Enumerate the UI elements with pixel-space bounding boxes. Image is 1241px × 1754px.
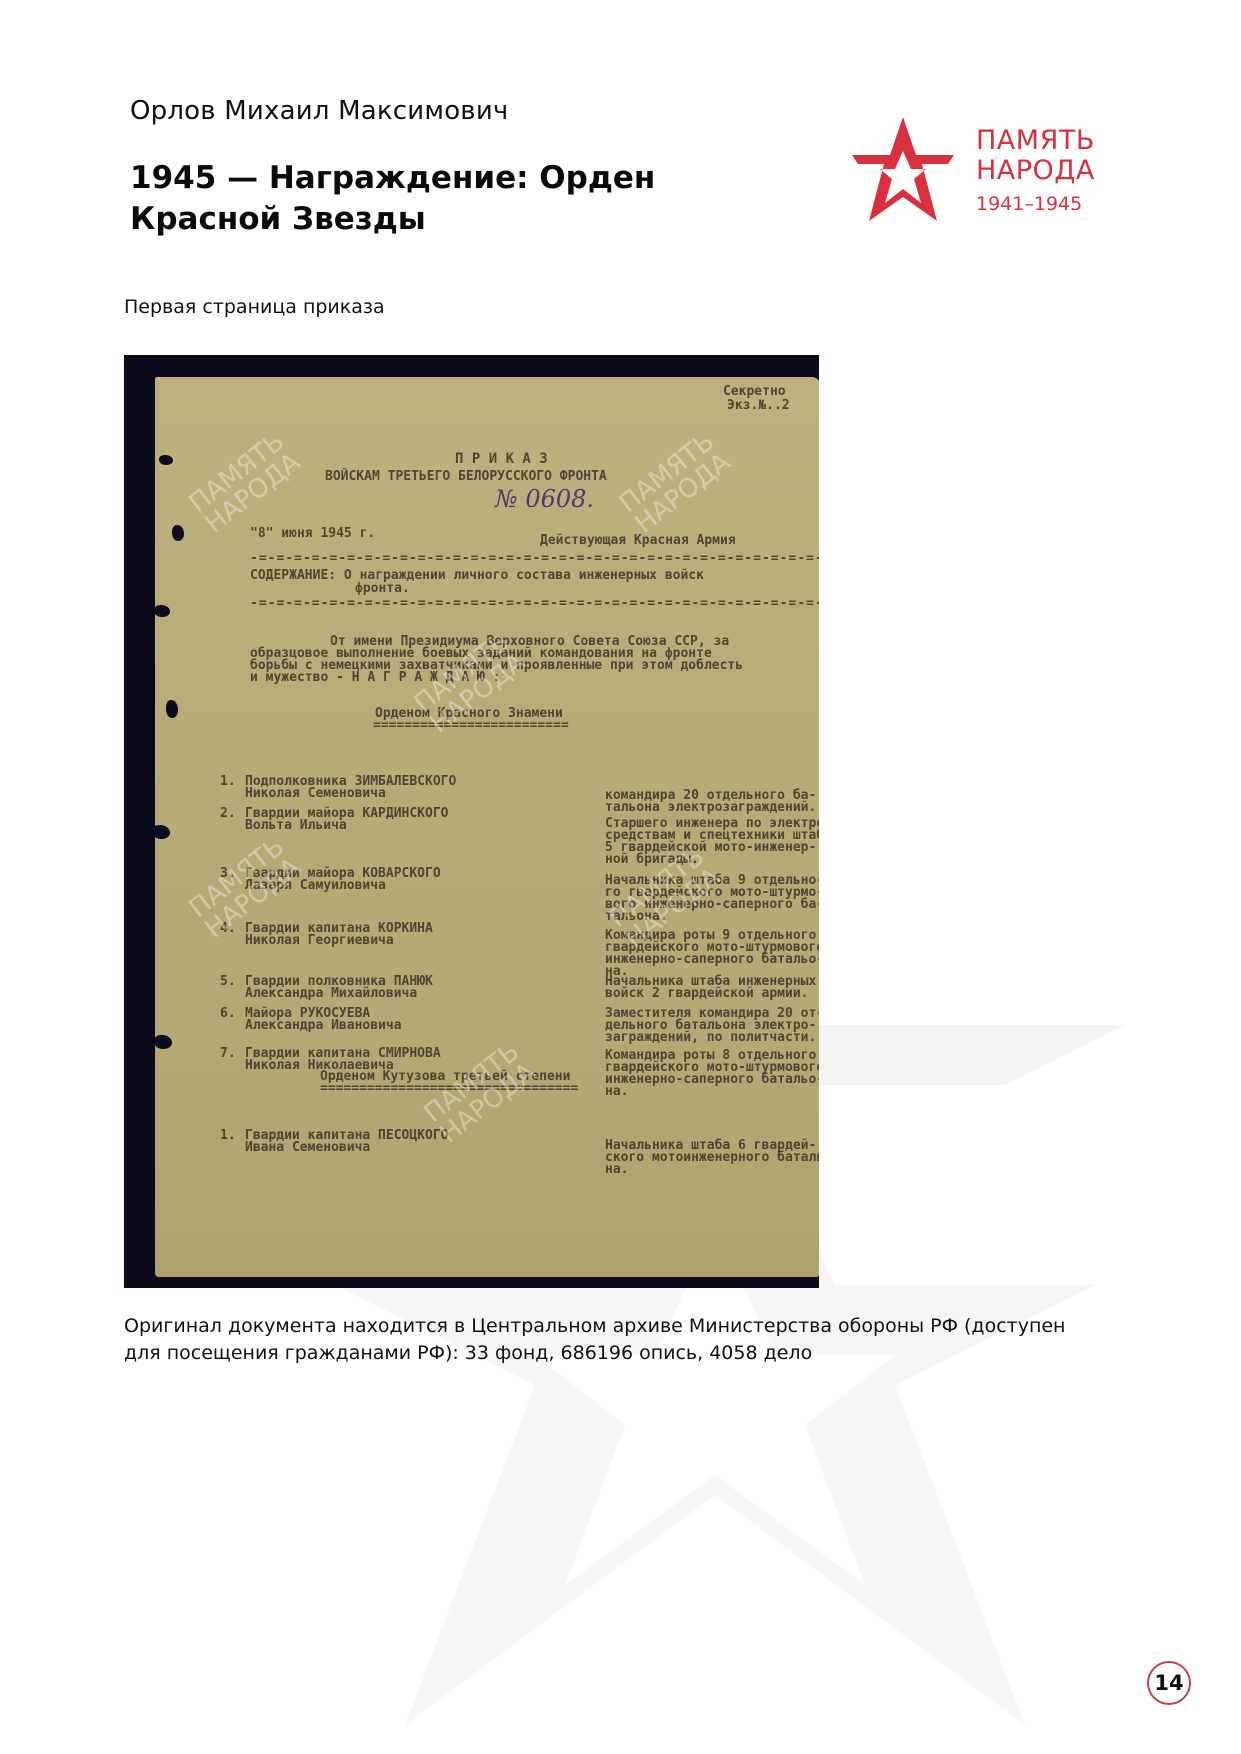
pamyat-naroda-logo: ПАМЯТЬ НАРОДА 1941–1945 — [850, 115, 1120, 225]
awardee-role: тальона электрозаграждений. — [605, 801, 816, 815]
punch-hole — [159, 455, 173, 465]
punch-hole — [152, 825, 170, 839]
logo-line-2: НАРОДА — [976, 157, 1095, 185]
punch-hole — [154, 605, 170, 617]
stamp-copy: Экз.№..2 — [727, 399, 790, 413]
awardee-patronymic: Николая Семеновича — [245, 787, 386, 801]
doc-contents-2: фронта. — [355, 582, 410, 596]
logo-years: 1941–1945 — [976, 193, 1082, 215]
awardee-number: 5. — [220, 975, 236, 989]
doc-place: Действующая Красная Армия — [540, 534, 736, 548]
awardee-patronymic: Александра Ивановича — [245, 1019, 402, 1033]
author-name: Орлов Михаил Максимович — [130, 96, 508, 126]
awardee-number: 6. — [220, 1007, 236, 1021]
punch-hole — [172, 525, 184, 541]
doc-divider: -=-=-=-=-=-=-=-=-=-=-=-=-=-=-=-=-=-=-=-=… — [250, 552, 819, 566]
doc-contents: СОДЕРЖАНИЕ: О награждении личного состав… — [250, 569, 704, 583]
awardee-role: на. — [605, 1163, 628, 1177]
section-subtitle: Первая страница приказа — [124, 296, 385, 318]
doc-date: "8" июня 1945 г. — [250, 527, 375, 541]
doc-number: № 0608. — [495, 485, 594, 513]
watermark: ПАМЯТЬНАРОДА — [615, 428, 735, 538]
doc-heading-sub: ВОЙСКАМ ТРЕТЬЕГО БЕЛОРУССКОГО ФРОНТА — [325, 470, 607, 484]
doc-underline: ========================= — [373, 719, 569, 733]
awardee-role: войск 2 гвардейской армии. — [605, 987, 809, 1001]
awardee-number: 2. — [220, 807, 236, 821]
awardee-role: инженерно-саперного батальо- — [605, 953, 819, 967]
logo-line-1: ПАМЯТЬ — [976, 127, 1095, 155]
awardee-role: ского мотоинженерного батальо- — [605, 1151, 819, 1165]
watermark: ПАМЯТЬНАРОДА — [185, 428, 305, 538]
stamp-secret: Секретно — [723, 385, 786, 399]
awardee-patronymic: Вольта Ильича — [245, 819, 347, 833]
doc-divider-2: -=-=-=-=-=-=-=-=-=-=-=-=-=-=-=-=-=-=-=-=… — [250, 597, 819, 611]
page-number: 14 — [1147, 1661, 1191, 1705]
page-title: 1945 — Награждение: Орден Красной Звезды — [130, 158, 750, 240]
punch-hole — [166, 700, 178, 718]
awardee-number: 1. — [220, 775, 236, 789]
archive-caption: Оригинал документа находится в Центральн… — [124, 1313, 1104, 1367]
red-star-icon — [852, 117, 954, 221]
awardee-role: на. — [605, 1085, 628, 1099]
document-paper: Секретно Экз.№..2 П Р И К А З ВОЙСКАМ ТР… — [155, 377, 819, 1277]
punch-hole — [154, 1035, 172, 1049]
awardee-number: 7. — [220, 1047, 236, 1061]
document-scan-image: Секретно Экз.№..2 П Р И К А З ВОЙСКАМ ТР… — [124, 355, 819, 1288]
awardee-role: инженерно-саперного батальо- — [605, 1073, 819, 1087]
awardee-patronymic: Александра Михайловича — [245, 987, 417, 1001]
awardee-patronymic: Николая Георгиевича — [245, 934, 394, 948]
awardee-role: заграждений, по политчасти. — [605, 1031, 816, 1045]
awardee-number: 1. — [220, 1129, 236, 1143]
awardee-patronymic: Ивана Семеновича — [245, 1141, 370, 1155]
doc-heading: П Р И К А З — [455, 452, 548, 466]
